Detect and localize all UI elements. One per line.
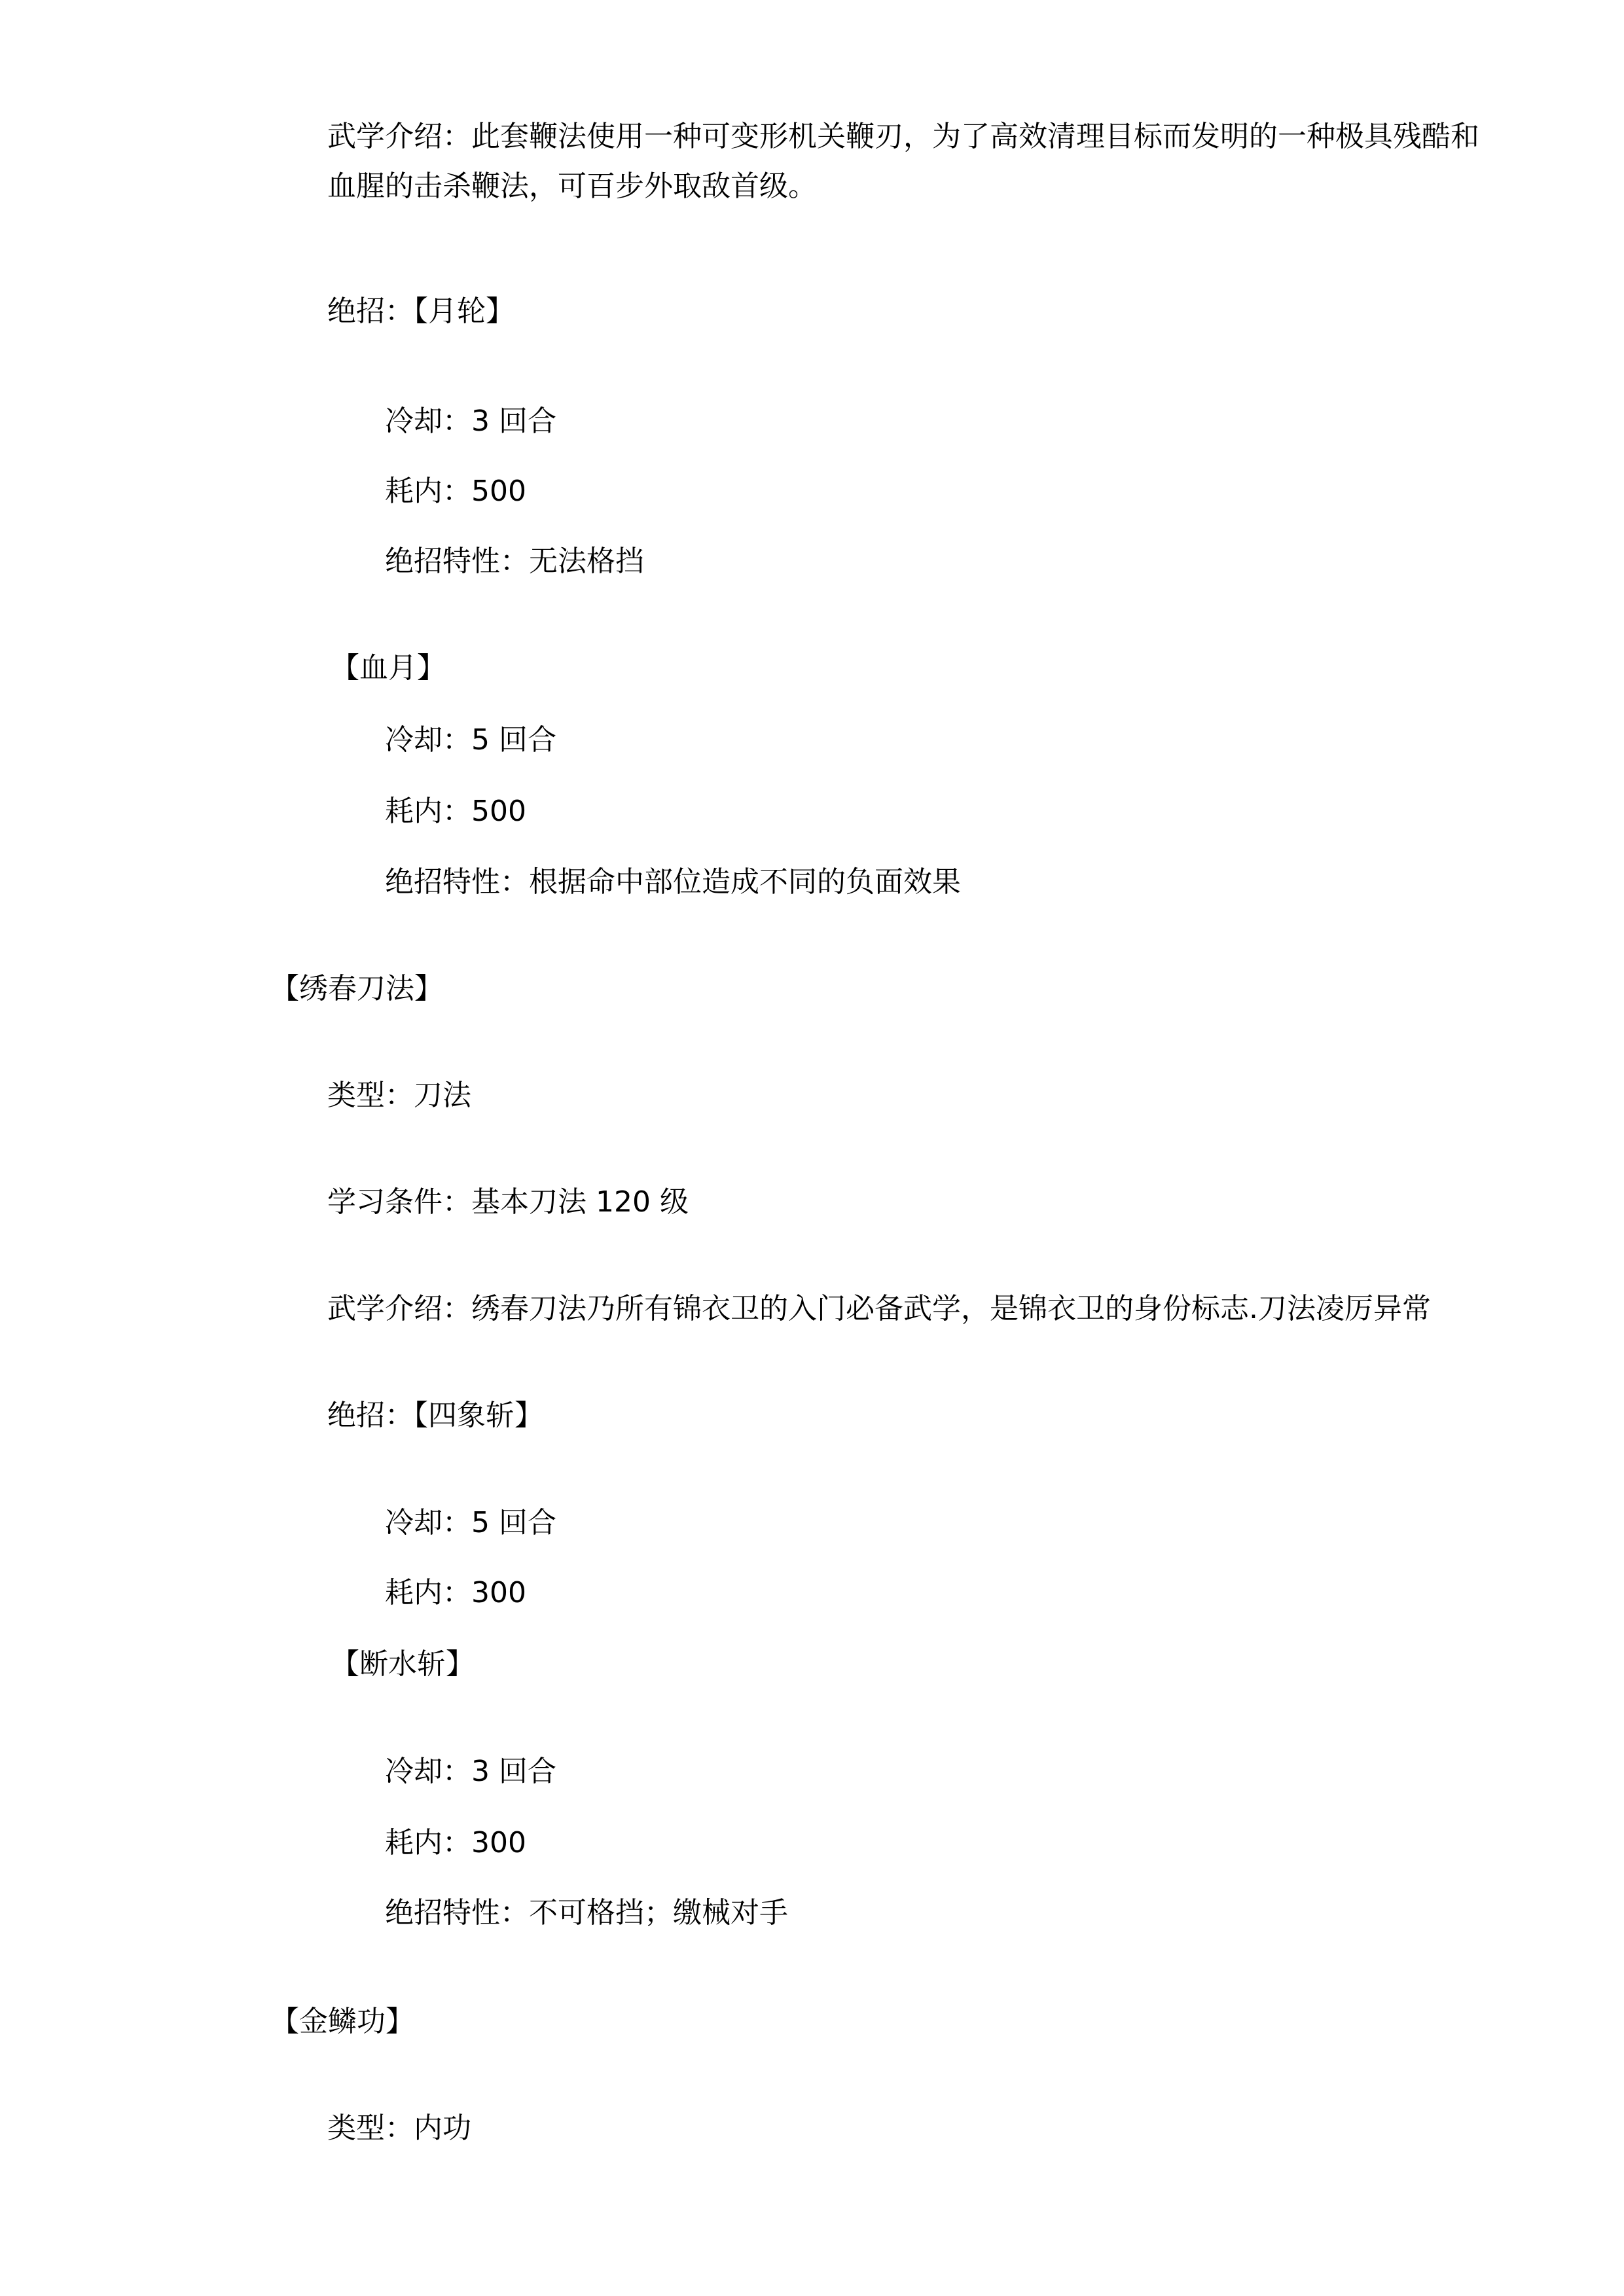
sixiang-cost: 耗内：300 xyxy=(385,1573,526,1613)
sixiang-cooldown: 冷却：5 回合 xyxy=(385,1503,556,1543)
section-title-xiuchun: 【绣春刀法】 xyxy=(270,969,443,1009)
xiuchun-intro: 武学介绍：绣春刀法乃所有锦衣卫的入门必备武学，是锦衣卫的身份标志.刀法凌厉异常 xyxy=(327,1289,1431,1329)
jinlin-type: 类型：内功 xyxy=(327,2109,471,2148)
duanshui-cooldown: 冷却：3 回合 xyxy=(385,1752,556,1791)
xiuchun-requirement: 学习条件：基本刀法 120 级 xyxy=(327,1183,689,1222)
xueyue-cost: 耗内：500 xyxy=(385,792,526,831)
ultimate-yuelun-label: 绝招：【月轮】 xyxy=(327,292,514,331)
yuelun-cost: 耗内：500 xyxy=(385,472,526,511)
section-title-jinlin: 【金鳞功】 xyxy=(270,2002,414,2041)
xueyue-trait: 绝招特性：根据命中部位造成不同的负面效果 xyxy=(385,863,961,902)
xiuchun-type: 类型：刀法 xyxy=(327,1076,471,1115)
ultimate-duanshui-name: 【断水斩】 xyxy=(331,1645,475,1684)
whip-art-intro: 武学介绍：此套鞭法使用一种可变形机关鞭刃，为了高效清理目标而发明的一种极具残酷和… xyxy=(327,112,1506,211)
duanshui-cost: 耗内：300 xyxy=(385,1823,526,1863)
xueyue-cooldown: 冷却：5 回合 xyxy=(385,721,556,760)
yuelun-cooldown: 冷却：3 回合 xyxy=(385,402,556,441)
duanshui-trait: 绝招特性：不可格挡；缴械对手 xyxy=(385,1893,788,1933)
ultimate-sixiang-label: 绝招：【四象斩】 xyxy=(327,1396,543,1435)
ultimate-xueyue-name: 【血月】 xyxy=(331,649,446,688)
yuelun-trait: 绝招特性：无法格挡 xyxy=(385,542,644,581)
